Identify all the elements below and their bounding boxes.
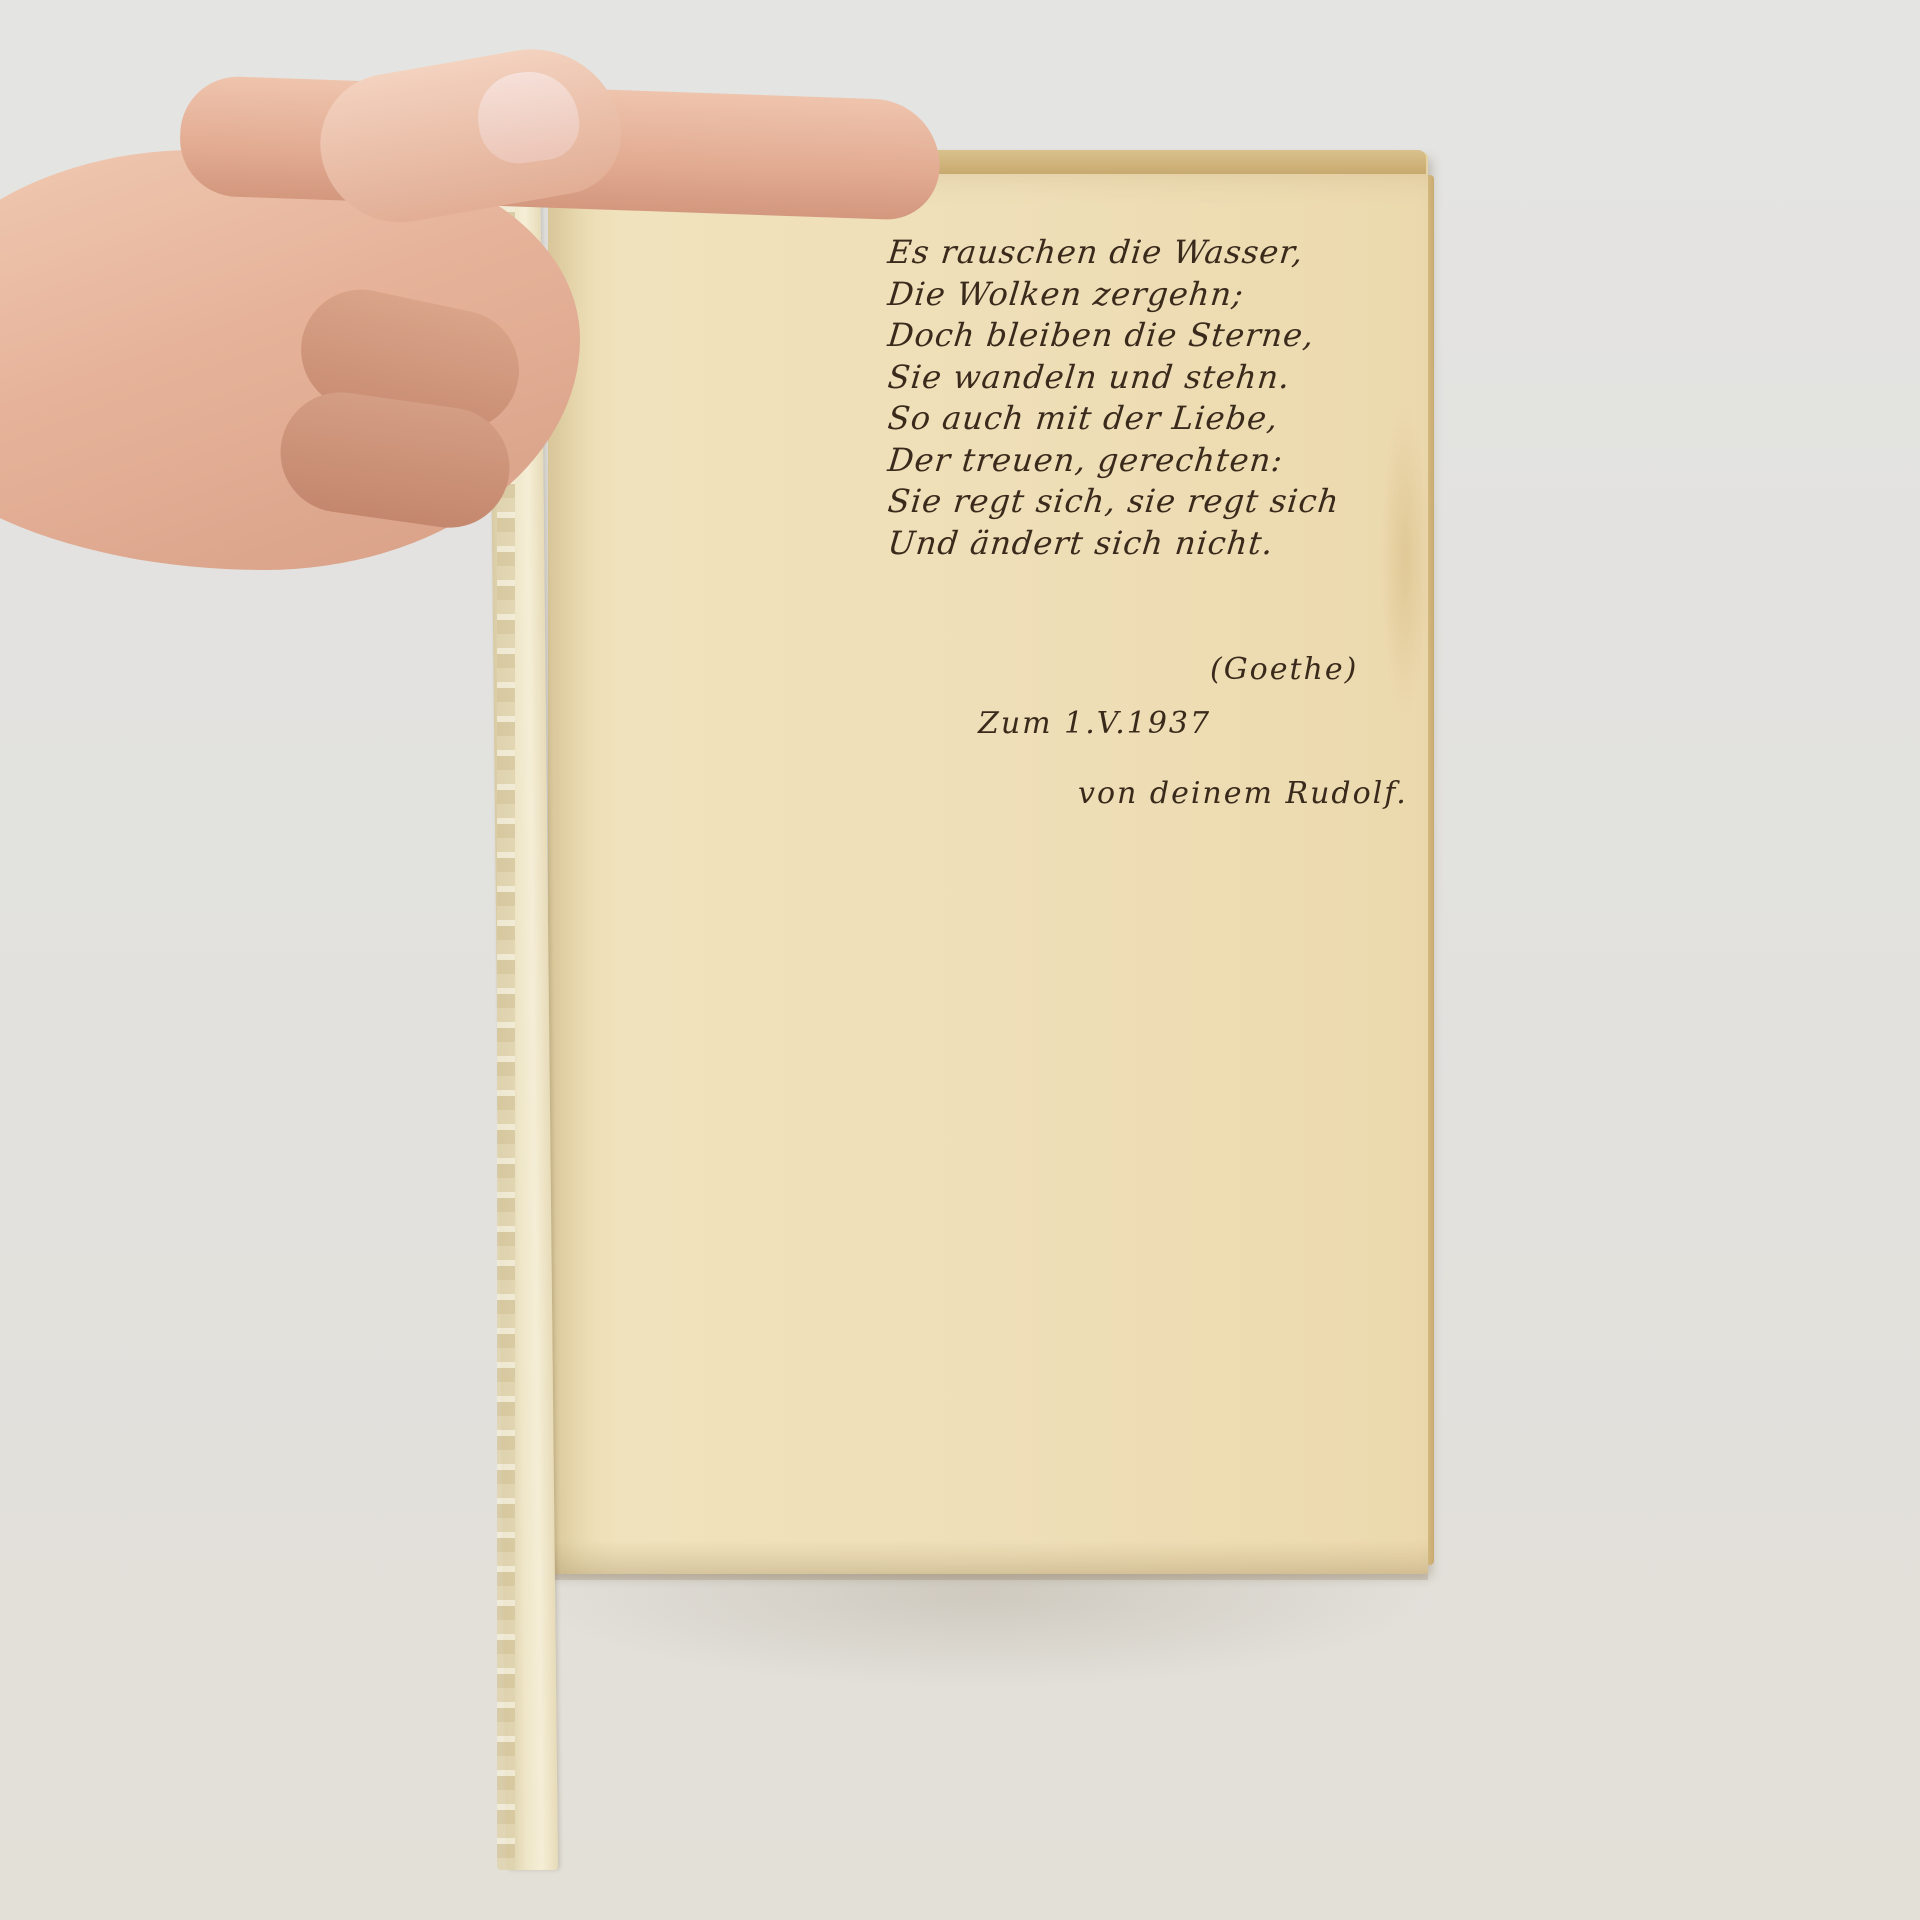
shadow [520,1570,1440,1690]
poem-attribution: (Goethe) [1210,652,1358,687]
poem-line: Die Wolken zergehn; [886,274,1410,316]
poem-line: So auch mit der Liebe, [886,398,1410,440]
signature: von deinem Rudolf. [1078,776,1408,811]
poem-line: Der treuen, gerechten: [886,440,1410,482]
poem-line: Sie regt sich, sie regt sich [886,481,1410,523]
poem-line: Und ändert sich nicht. [886,523,1410,565]
poem-line: Es rauschen die Wasser, [886,232,1410,274]
photo-scene: Es rauschen die Wasser, Die Wolken zerge… [0,0,1920,1920]
poem-line: Doch bleiben die Sterne, [886,315,1410,357]
poem-line: Sie wandeln und stehn. [886,357,1410,399]
book-top-edge [870,150,1426,176]
dedication-date: Zum 1.V.1937 [978,706,1211,741]
page-bottom-shadow [548,1540,1428,1580]
handwritten-poem: Es rauschen die Wasser, Die Wolken zerge… [888,232,1408,564]
